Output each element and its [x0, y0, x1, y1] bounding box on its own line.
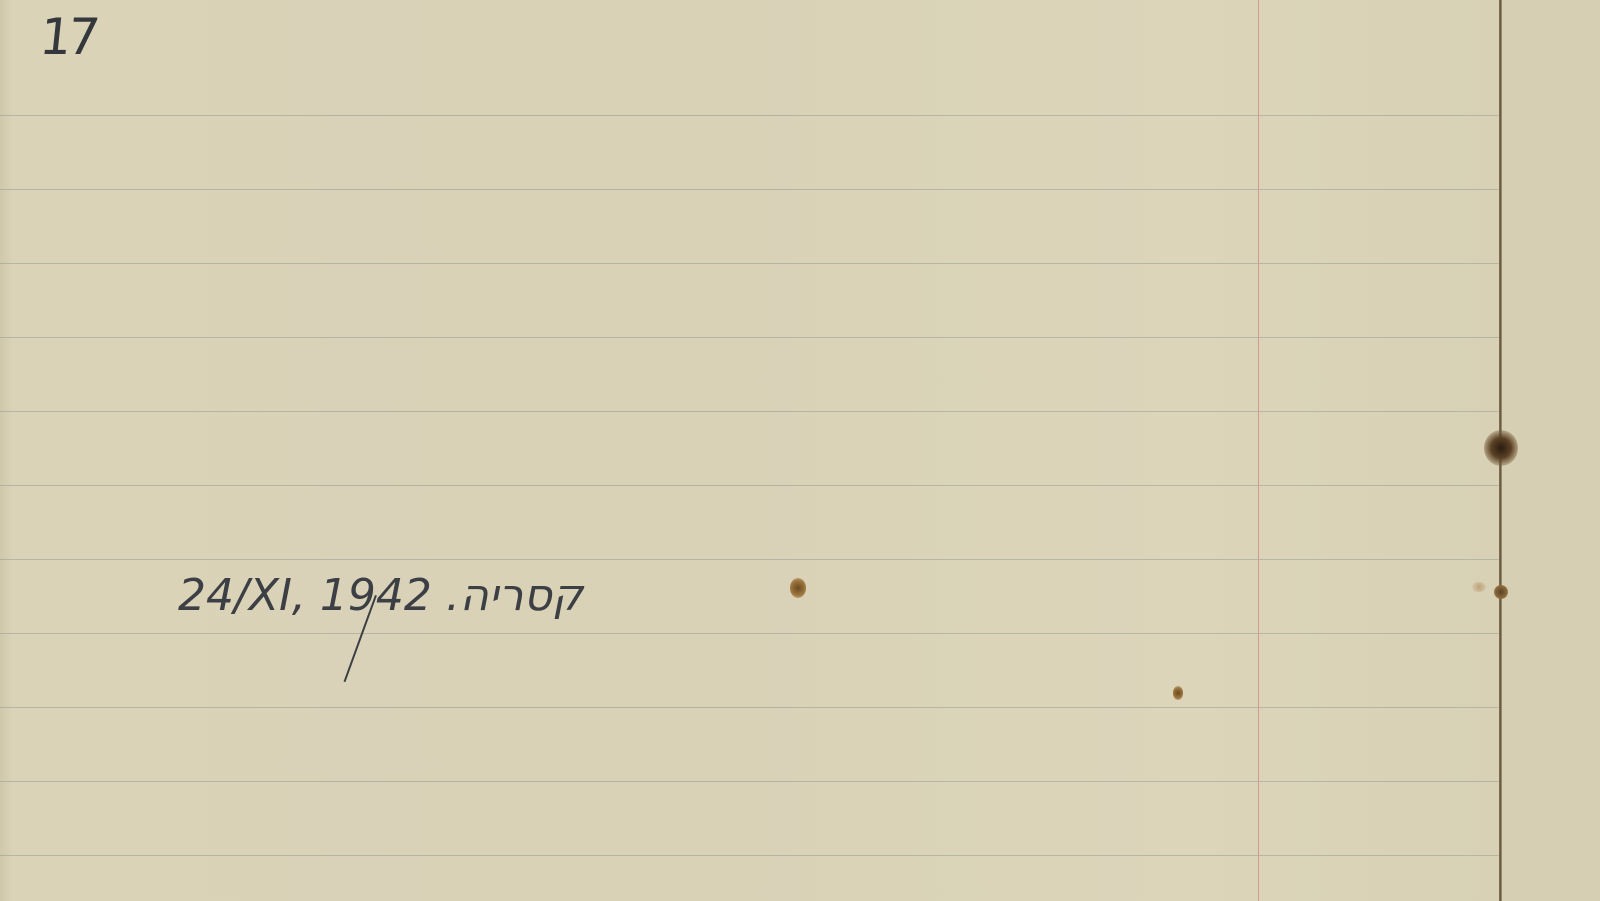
- ruled-line: [0, 707, 1600, 708]
- ruled-line: [0, 485, 1600, 486]
- signature-place: קסריה.: [446, 570, 583, 621]
- ruled-line: [0, 115, 1600, 116]
- ruled-line: [0, 411, 1600, 412]
- ruled-line: [0, 189, 1600, 190]
- signature-date: 24/XI, 1942: [178, 570, 432, 621]
- ruled-line: [0, 337, 1600, 338]
- rust-spot: [1472, 582, 1486, 592]
- ruled-line: [0, 633, 1600, 634]
- rust-spot: [790, 578, 806, 598]
- ruled-line: [0, 781, 1600, 782]
- ruled-line: [0, 855, 1600, 856]
- ruled-line: [0, 559, 1600, 560]
- signature-line: 24/XI, 1942 קסריה.: [178, 570, 583, 621]
- rust-spot: [1173, 686, 1183, 700]
- ink-stain: [1484, 430, 1518, 466]
- red-margin-line: [1258, 0, 1259, 901]
- rust-spot: [1494, 585, 1508, 599]
- ruled-line: [0, 263, 1600, 264]
- page-number: 17: [37, 8, 99, 66]
- manuscript-page: 17 הליכה לקיסריה. אלי, שלא ייגמר לעולם ה…: [0, 0, 1600, 901]
